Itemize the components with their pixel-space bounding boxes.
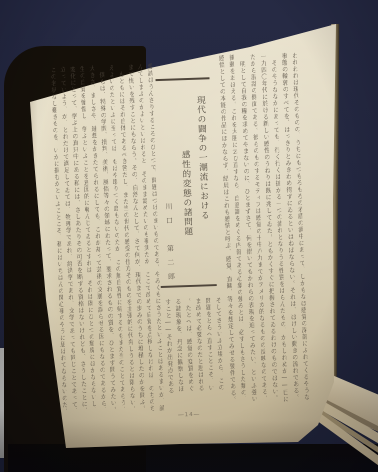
- article-title-line1: 現代の闘争の一潮流における: [193, 95, 209, 245]
- article-title-block: 現代の闘争の一潮流における 感性的変態の諸問題 川口 第二郎: [151, 71, 221, 293]
- text-block-right: われわれは現代そのものの、うちにもつもろもろの矛盾の渦中にあって、しかもなほ感覚…: [211, 52, 310, 425]
- text-block-center-bottom: そしてさういふ立場から、この問題をとらへ直すことこそ、いま改めて必要なのだと思は…: [158, 297, 224, 427]
- photo-of-open-book: われわれは現代そのものの、うちにもつもろもろの矛盾の渦中にあって、しかもなほ感覚…: [0, 0, 378, 472]
- page-text: われわれは現代そのものの、うちにもつもろもろの矛盾の渦中にあって、しかもなほ感覚…: [0, 0, 378, 472]
- article-title-line2: 感性的変態の諸問題: [178, 150, 193, 270]
- text-block-left: 愛読はうんざりするころのひとつで、問題はづけのまいものである。やみくもにさうだと…: [46, 63, 165, 434]
- title-rule-top: [156, 77, 210, 80]
